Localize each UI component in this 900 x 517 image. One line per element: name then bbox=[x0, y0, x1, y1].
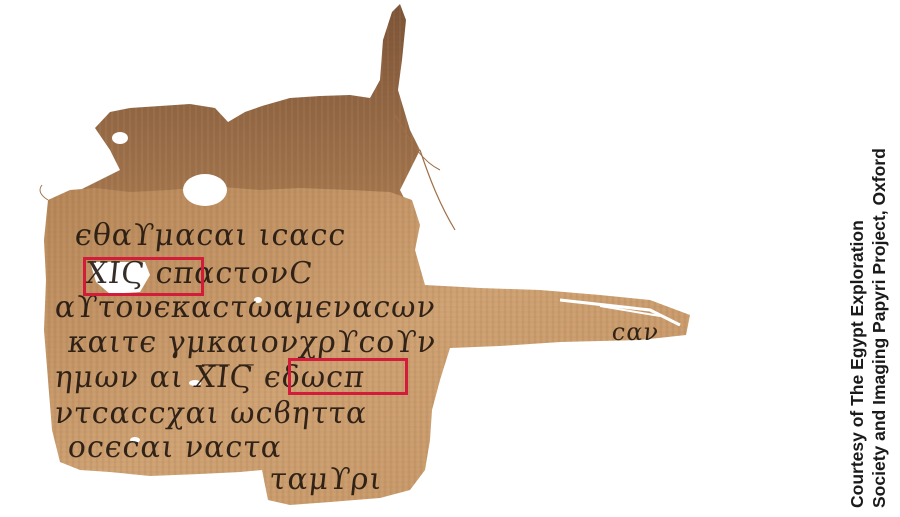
papyrus-hole bbox=[183, 174, 227, 206]
highlight-box-number-1 bbox=[83, 257, 204, 296]
manuscript-line-8: ταμϒρι bbox=[268, 462, 384, 497]
credit-line-2: Society and Imaging Papyri Project, Oxfo… bbox=[868, 148, 890, 508]
highlight-box-number-2 bbox=[288, 358, 408, 395]
manuscript-fragment-text: ϲαν bbox=[611, 318, 661, 346]
manuscript-line-4: καιτϵ γμκαιονχρϒϲοϒν bbox=[66, 325, 438, 360]
papyrus-figure: ϵθαϒμαϲαι ιϲαϲϲ ΧΙϚ ϲπαϲτονϹ αϒτουϵκαϲτω… bbox=[0, 0, 900, 517]
credit-line-1: Courtesy of The Egypt Exploration bbox=[846, 148, 868, 508]
manuscript-line-1: ϵθαϒμαϲαι ιϲαϲϲ bbox=[73, 218, 348, 253]
manuscript-line-6: ντϲαϲϲχαι ωϲϐηττα bbox=[53, 396, 369, 431]
manuscript-line-7: οϲϵϲαι ναϲτα bbox=[66, 430, 284, 465]
photo-credit: Courtesy of The Egypt Exploration Societ… bbox=[846, 148, 890, 508]
